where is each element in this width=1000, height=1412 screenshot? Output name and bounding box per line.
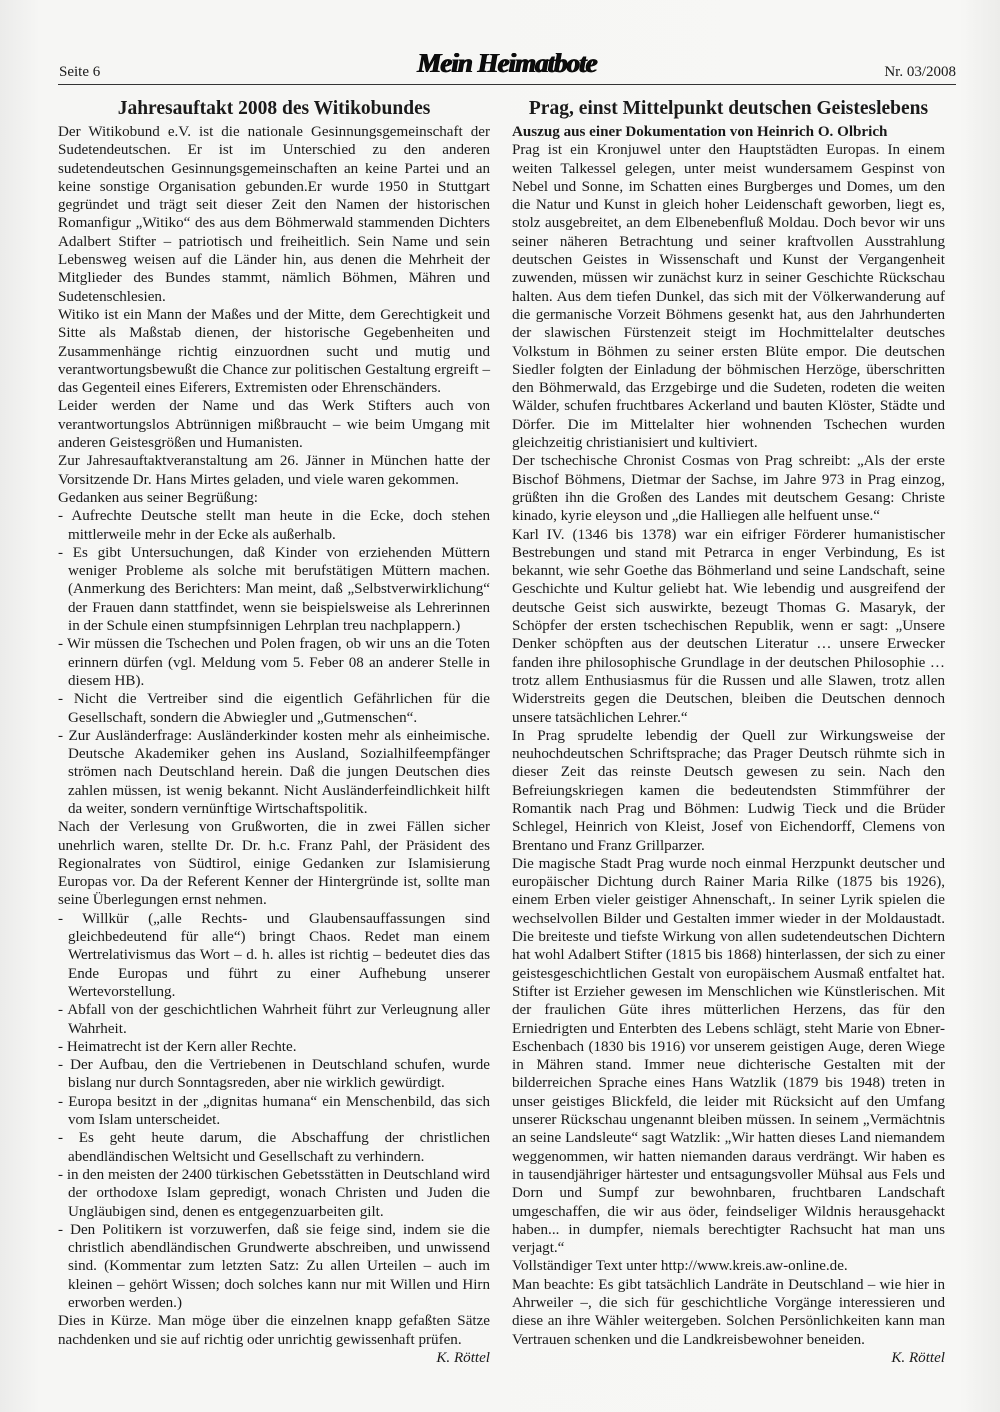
list-item: Den Politikern ist vorzuwerfen, daß sie … — [58, 1221, 490, 1312]
list-item: Willkür („alle Rechts- und Glaubensauffa… — [58, 910, 490, 1001]
list-item: Es geht heute darum, die Abschaffung der… — [58, 1129, 490, 1166]
issue-number: Nr. 03/2008 — [884, 64, 956, 81]
paragraph: Nach der Verlesung von Grußworten, die i… — [58, 818, 490, 909]
list-item: Zur Ausländerfrage: Ausländerkinder kost… — [58, 727, 490, 818]
author-signature: K. Röttel — [58, 1349, 490, 1367]
paragraph: Leider werden der Name und das Werk Stif… — [58, 397, 490, 452]
paragraph: Prag ist ein Kronjuwel unter den Hauptst… — [512, 141, 945, 452]
paragraph: Die magische Stadt Prag wurde noch einma… — [512, 855, 945, 1258]
list-item: Aufrechte Deutsche stellt man heute in d… — [58, 507, 490, 544]
article-witikobund: Jahresauftakt 2008 des Witikobundes Der … — [58, 96, 490, 1367]
list-item: Heimatrecht ist der Kern aller Rechte. — [58, 1038, 490, 1056]
source-link-text: Vollständiger Text unter http://www.krei… — [512, 1257, 945, 1275]
page-header: Seite 6 Mein Heimatbote Nr. 03/2008 — [58, 56, 956, 82]
list-item: Es gibt Untersuchungen, daß Kinder von e… — [58, 544, 490, 635]
paragraph: Dies in Kürze. Man möge über die einzeln… — [58, 1312, 490, 1349]
newspaper-page: Seite 6 Mein Heimatbote Nr. 03/2008 Jahr… — [58, 0, 956, 1412]
greeting-points-list: Aufrechte Deutsche stellt man heute in d… — [58, 507, 490, 818]
list-item: Nicht die Vertreiber sind die eigentlich… — [58, 690, 490, 727]
list-item: Abfall von der geschichtlichen Wahrheit … — [58, 1001, 490, 1038]
list-item: Europa besitzt in der „dignitas humana“ … — [58, 1093, 490, 1130]
paragraph: Man beachte: Es gibt tatsächlich Landrät… — [512, 1276, 945, 1349]
header-divider — [58, 84, 956, 85]
list-item: in den meisten der 2400 türkischen Gebet… — [58, 1166, 490, 1221]
author-signature: K. Röttel — [512, 1349, 945, 1367]
article-title: Jahresauftakt 2008 des Witikobundes — [58, 96, 490, 122]
islam-points-list: Willkür („alle Rechts- und Glaubensauffa… — [58, 910, 490, 1313]
article-prag: Prag, einst Mittelpunkt deutschen Geiste… — [512, 96, 945, 1367]
masthead-logo: Mein Heimatbote — [58, 48, 956, 79]
paragraph: Witiko ist ein Mann der Maßes und der Mi… — [58, 306, 490, 397]
paragraph: In Prag sprudelte lebendig der Quell zur… — [512, 727, 945, 855]
paragraph: Karl IV. (1346 bis 1378) war ein eifrige… — [512, 526, 945, 727]
paragraph: Der Witikobund e.V. ist die nationale Ge… — [58, 123, 490, 306]
list-item: Der Aufbau, den die Vertriebenen in Deut… — [58, 1056, 490, 1093]
list-item: Wir müssen die Tschechen und Polen frage… — [58, 635, 490, 690]
paragraph: Zur Jahresauftaktveranstaltung am 26. Jä… — [58, 452, 490, 489]
paragraph: Der tschechische Chronist Cosmas von Pra… — [512, 452, 945, 525]
article-title: Prag, einst Mittelpunkt deutschen Geiste… — [512, 96, 945, 122]
article-subtitle: Auszug aus einer Dokumentation von Heinr… — [512, 123, 945, 141]
paragraph: Gedanken aus seiner Begrüßung: — [58, 489, 490, 507]
